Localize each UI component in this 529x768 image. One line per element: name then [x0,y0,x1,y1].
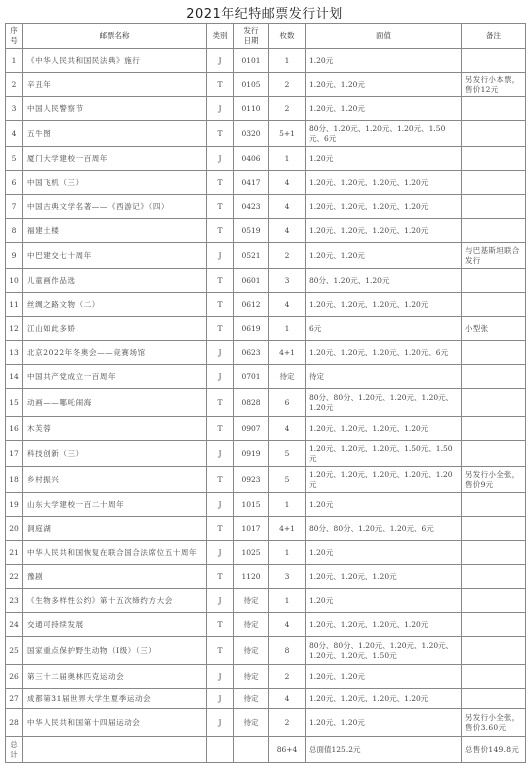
row-note: 小型张 [462,317,526,341]
row-issue-date: 0320 [234,121,269,147]
row-seq: 2 [6,73,23,97]
row-note [462,171,526,195]
row-issue-date: 0105 [234,73,269,97]
row-face-value: 1.20元、1.20元、1.20元、1.20元、1.20元 [306,467,462,493]
row-note [462,219,526,243]
row-note [462,341,526,365]
row-issue-date: 1025 [234,541,269,565]
row-issue-date: 0519 [234,219,269,243]
table-row: 12江山如此多娇T061916元小型张 [6,317,526,341]
row-issue-date: 0619 [234,317,269,341]
total-row: 总计 86+4 总面值125.2元 总售价149.8元 [6,737,526,763]
row-count: 2 [269,97,306,121]
row-face-value: 待定 [306,365,462,389]
header-count: 枚数 [269,24,306,49]
row-count: 3 [269,565,306,589]
row-note [462,417,526,441]
row-note [462,565,526,589]
row-face-value: 1.20元、1.20元、1.20元 [306,565,462,589]
row-issue-date: 待定 [234,689,269,709]
row-seq: 1 [6,49,23,73]
row-face-value: 6元 [306,317,462,341]
row-count: 1 [269,317,306,341]
row-category: T [207,219,234,243]
row-issue-date: 待定 [234,589,269,613]
row-count: 待定 [269,365,306,389]
row-category: T [207,317,234,341]
table-row: 4五牛图T03205+180分、1.20元、1.20元、1.20元、1.50元、… [6,121,526,147]
header-date: 发行日期 [234,24,269,49]
table-row: 27成都第31届世界大学生夏季运动会J待定41.20元、1.20元、1.20元、… [6,689,526,709]
row-note [462,613,526,637]
row-count: 4+1 [269,341,306,365]
row-face-value: 80分、1.20元、1.20元 [306,269,462,293]
row-count: 3 [269,269,306,293]
row-face-value: 80分、1.20元、1.20元、1.20元、1.50元、6元 [306,121,462,147]
row-note: 另发行小全张，售价9元 [462,467,526,493]
table-row: 21中华人民共和国恢复在联合国合法席位五十周年J102511.20元 [6,541,526,565]
table-row: 11丝绸之路文物（二）T061241.20元、1.20元、1.20元、1.20元 [6,293,526,317]
row-stamp-name: 中国飞机（三） [23,171,207,195]
row-issue-date: 0521 [234,243,269,269]
table-row: 9中巴建交七十周年J052121.20元、1.20元与巴基斯坦联合发行 [6,243,526,269]
row-face-value: 1.20元、1.20元、1.20元、1.50元、1.50元 [306,441,462,467]
table-row: 18乡村振兴T092351.20元、1.20元、1.20元、1.20元、1.20… [6,467,526,493]
row-count: 4+1 [269,517,306,541]
row-note [462,589,526,613]
row-seq: 19 [6,493,23,517]
total-label: 总计 [6,737,23,763]
row-count: 2 [269,665,306,689]
row-count: 2 [269,73,306,97]
row-seq: 24 [6,613,23,637]
total-name-empty [23,737,207,763]
row-note [462,49,526,73]
row-stamp-name: 木芙蓉 [23,417,207,441]
row-issue-date: 0828 [234,389,269,417]
row-stamp-name: 中国古典文学名著——《西游记》（四） [23,195,207,219]
row-seq: 8 [6,219,23,243]
row-stamp-name: 厦门大学建校一百周年 [23,147,207,171]
row-count: 5+1 [269,121,306,147]
row-category: T [207,565,234,589]
row-stamp-name: 动画——哪吒闹海 [23,389,207,417]
row-seq: 22 [6,565,23,589]
row-seq: 17 [6,441,23,467]
row-count: 4 [269,195,306,219]
table-header-row: 序号 邮票名称 类别 发行日期 枚数 面值 备注 [6,24,526,49]
row-note [462,365,526,389]
row-stamp-name: 中巴建交七十周年 [23,243,207,269]
row-count: 1 [269,49,306,73]
row-seq: 18 [6,467,23,493]
row-count: 4 [269,417,306,441]
row-seq: 28 [6,709,23,737]
row-count: 4 [269,689,306,709]
row-category: T [207,389,234,417]
row-seq: 7 [6,195,23,219]
row-stamp-name: 国家重点保护野生动物（Ⅰ级）（三） [23,637,207,665]
row-issue-date: 0612 [234,293,269,317]
row-face-value: 1.20元、1.20元 [306,97,462,121]
row-count: 1 [269,541,306,565]
total-date-empty [234,737,269,763]
table-row: 14中国共产党成立一百周年J0701待定待定 [6,365,526,389]
row-note: 与巴基斯坦联合发行 [462,243,526,269]
total-count: 86+4 [269,737,306,763]
row-issue-date: 待定 [234,637,269,665]
row-count: 2 [269,243,306,269]
row-seq: 14 [6,365,23,389]
row-face-value: 1.20元、1.20元、1.20元、1.20元 [306,219,462,243]
row-category: J [207,541,234,565]
row-category: J [207,493,234,517]
row-issue-date: 0417 [234,171,269,195]
row-note [462,493,526,517]
row-category: J [207,589,234,613]
header-name: 邮票名称 [23,24,207,49]
row-seq: 12 [6,317,23,341]
row-category: J [207,441,234,467]
row-count: 4 [269,219,306,243]
row-seq: 9 [6,243,23,269]
row-face-value: 1.20元、1.20元 [306,709,462,737]
row-issue-date: 待定 [234,613,269,637]
row-seq: 11 [6,293,23,317]
row-issue-date: 1015 [234,493,269,517]
row-category: J [207,341,234,365]
row-issue-date: 0701 [234,365,269,389]
row-seq: 4 [6,121,23,147]
row-issue-date: 0907 [234,417,269,441]
row-seq: 13 [6,341,23,365]
table-row: 20洞庭湖T10174+180分、80分、1.20元、1.20元、6元 [6,517,526,541]
row-issue-date: 0923 [234,467,269,493]
row-stamp-name: 《生物多样性公约》第十五次缔约方大会 [23,589,207,613]
row-category: T [207,467,234,493]
row-count: 4 [269,293,306,317]
row-face-value: 1.20元、1.20元 [306,73,462,97]
row-note [462,195,526,219]
row-face-value: 1.20元、1.20元、1.20元、1.20元、6元 [306,341,462,365]
row-note [462,517,526,541]
row-category: T [207,73,234,97]
row-face-value: 1.20元、1.20元、1.20元、1.20元 [306,417,462,441]
row-face-value: 1.20元、1.20元、1.20元、1.20元 [306,195,462,219]
row-stamp-name: 中华人民共和国恢复在联合国合法席位五十周年 [23,541,207,565]
row-category: T [207,171,234,195]
row-face-value: 1.20元、1.20元、1.20元、1.20元 [306,293,462,317]
row-stamp-name: 豫剧 [23,565,207,589]
stamp-issue-table: 序号 邮票名称 类别 发行日期 枚数 面值 备注 1《中华人民共和国民法典》施行… [5,23,526,763]
row-stamp-name: 福建土楼 [23,219,207,243]
table-row: 6中国飞机（三）T041741.20元、1.20元、1.20元、1.20元 [6,171,526,195]
row-note [462,637,526,665]
row-count: 8 [269,637,306,665]
row-category: J [207,365,234,389]
row-category: T [207,269,234,293]
table-row: 2辛丑年T010521.20元、1.20元另发行小本票，售价12元 [6,73,526,97]
row-stamp-name: 科技创新（三） [23,441,207,467]
total-face-value: 总面值125.2元 [306,737,462,763]
row-issue-date: 0601 [234,269,269,293]
row-stamp-name: 洞庭湖 [23,517,207,541]
row-issue-date: 1017 [234,517,269,541]
row-stamp-name: 中国人民警察节 [23,97,207,121]
row-category: T [207,417,234,441]
table-row: 16木芙蓉T090741.20元、1.20元、1.20元、1.20元 [6,417,526,441]
row-issue-date: 0406 [234,147,269,171]
row-seq: 16 [6,417,23,441]
row-face-value: 1.20元 [306,147,462,171]
table-row: 5厦门大学建校一百周年J040611.20元 [6,147,526,171]
row-count: 5 [269,467,306,493]
total-note: 总售价149.8元 [462,737,526,763]
row-count: 4 [269,613,306,637]
row-seq: 23 [6,589,23,613]
row-face-value: 1.20元 [306,49,462,73]
row-note [462,689,526,709]
row-stamp-name: 《中华人民共和国民法典》施行 [23,49,207,73]
table-row: 8福建土楼T051941.20元、1.20元、1.20元、1.20元 [6,219,526,243]
table-row: 22豫剧T112031.20元、1.20元、1.20元 [6,565,526,589]
row-seq: 10 [6,269,23,293]
row-category: J [207,709,234,737]
row-category: J [207,97,234,121]
table-row: 10儿童画作品选T0601380分、1.20元、1.20元 [6,269,526,293]
row-stamp-name: 辛丑年 [23,73,207,97]
row-count: 4 [269,171,306,195]
row-stamp-name: 江山如此多娇 [23,317,207,341]
row-category: T [207,517,234,541]
row-category: T [207,293,234,317]
row-stamp-name: 丝绸之路文物（二） [23,293,207,317]
row-issue-date: 0110 [234,97,269,121]
row-stamp-name: 北京2022年冬奥会——竞赛场馆 [23,341,207,365]
row-seq: 25 [6,637,23,665]
row-seq: 27 [6,689,23,709]
row-category: J [207,665,234,689]
row-category: J [207,243,234,269]
table-row: 25国家重点保护野生动物（Ⅰ级）（三）T待定880分、80分、1.20元、1.2… [6,637,526,665]
table-row: 7中国古典文学名著——《西游记》（四）T042341.20元、1.20元、1.2… [6,195,526,219]
header-face-value: 面值 [306,24,462,49]
row-stamp-name: 中国共产党成立一百周年 [23,365,207,389]
row-face-value: 1.20元 [306,493,462,517]
row-issue-date: 0623 [234,341,269,365]
row-stamp-name: 第三十二届奥林匹克运动会 [23,665,207,689]
row-face-value: 80分、80分、1.20元、1.20元、6元 [306,517,462,541]
row-issue-date: 1120 [234,565,269,589]
row-note: 另发行小全张，售价3.60元 [462,709,526,737]
row-seq: 5 [6,147,23,171]
row-issue-date: 待定 [234,665,269,689]
row-count: 2 [269,709,306,737]
header-seq: 序号 [6,24,23,49]
row-face-value: 80分、80分、1.20元、1.20元、1.20元、1.20元 [306,389,462,417]
row-face-value: 80分、80分、1.20元、1.20元、1.20元、1.20元、1.20元、1.… [306,637,462,665]
row-stamp-name: 山东大学建校一百二十周年 [23,493,207,517]
row-stamp-name: 儿童画作品选 [23,269,207,293]
row-stamp-name: 乡村振兴 [23,467,207,493]
row-seq: 26 [6,665,23,689]
row-stamp-name: 中华人民共和国第十四届运动会 [23,709,207,737]
table-row: 15动画——哪吒闹海T0828680分、80分、1.20元、1.20元、1.20… [6,389,526,417]
row-category: J [207,147,234,171]
row-category: T [207,121,234,147]
row-note [462,121,526,147]
table-row: 24交通可持续发展T待定41.20元、1.20元、1.20元、1.20元 [6,613,526,637]
row-face-value: 1.20元、1.20元、1.20元、1.20元 [306,613,462,637]
table-row: 26第三十二届奥林匹克运动会J待定21.20元、1.20元 [6,665,526,689]
row-category: J [207,49,234,73]
header-category: 类别 [207,24,234,49]
header-note: 备注 [462,24,526,49]
row-note [462,665,526,689]
row-note [462,97,526,121]
row-face-value: 1.20元、1.20元、1.20元、1.20元 [306,171,462,195]
row-stamp-name: 成都第31届世界大学生夏季运动会 [23,689,207,709]
row-category: T [207,195,234,219]
row-face-value: 1.20元、1.20元 [306,243,462,269]
row-face-value: 1.20元、1.20元、1.20元、1.20元 [306,689,462,709]
row-note [462,541,526,565]
row-issue-date: 待定 [234,709,269,737]
row-stamp-name: 交通可持续发展 [23,613,207,637]
row-count: 1 [269,147,306,171]
row-count: 5 [269,441,306,467]
row-note [462,389,526,417]
row-category: J [207,689,234,709]
row-issue-date: 0101 [234,49,269,73]
row-seq: 20 [6,517,23,541]
page-title: 2021年纪特邮票发行计划 [0,3,529,22]
row-face-value: 1.20元 [306,541,462,565]
row-stamp-name: 五牛图 [23,121,207,147]
row-note [462,147,526,171]
row-note: 另发行小本票，售价12元 [462,73,526,97]
row-category: T [207,613,234,637]
row-seq: 6 [6,171,23,195]
table-row: 17科技创新（三）J091951.20元、1.20元、1.20元、1.50元、1… [6,441,526,467]
row-seq: 3 [6,97,23,121]
row-category: T [207,637,234,665]
row-note [462,441,526,467]
table-row: 1《中华人民共和国民法典》施行J010111.20元 [6,49,526,73]
row-face-value: 1.20元、1.20元 [306,665,462,689]
table-row: 13北京2022年冬奥会——竞赛场馆J06234+11.20元、1.20元、1.… [6,341,526,365]
row-issue-date: 0919 [234,441,269,467]
row-face-value: 1.20元 [306,589,462,613]
row-count: 6 [269,389,306,417]
table-row: 28中华人民共和国第十四届运动会J待定21.20元、1.20元另发行小全张，售价… [6,709,526,737]
row-note [462,293,526,317]
table-row: 3中国人民警察节J011021.20元、1.20元 [6,97,526,121]
row-seq: 15 [6,389,23,417]
table-row: 23《生物多样性公约》第十五次缔约方大会J待定11.20元 [6,589,526,613]
row-seq: 21 [6,541,23,565]
row-issue-date: 0423 [234,195,269,219]
row-note [462,269,526,293]
row-count: 1 [269,493,306,517]
row-count: 1 [269,589,306,613]
total-category-empty [207,737,234,763]
table-row: 19山东大学建校一百二十周年J101511.20元 [6,493,526,517]
